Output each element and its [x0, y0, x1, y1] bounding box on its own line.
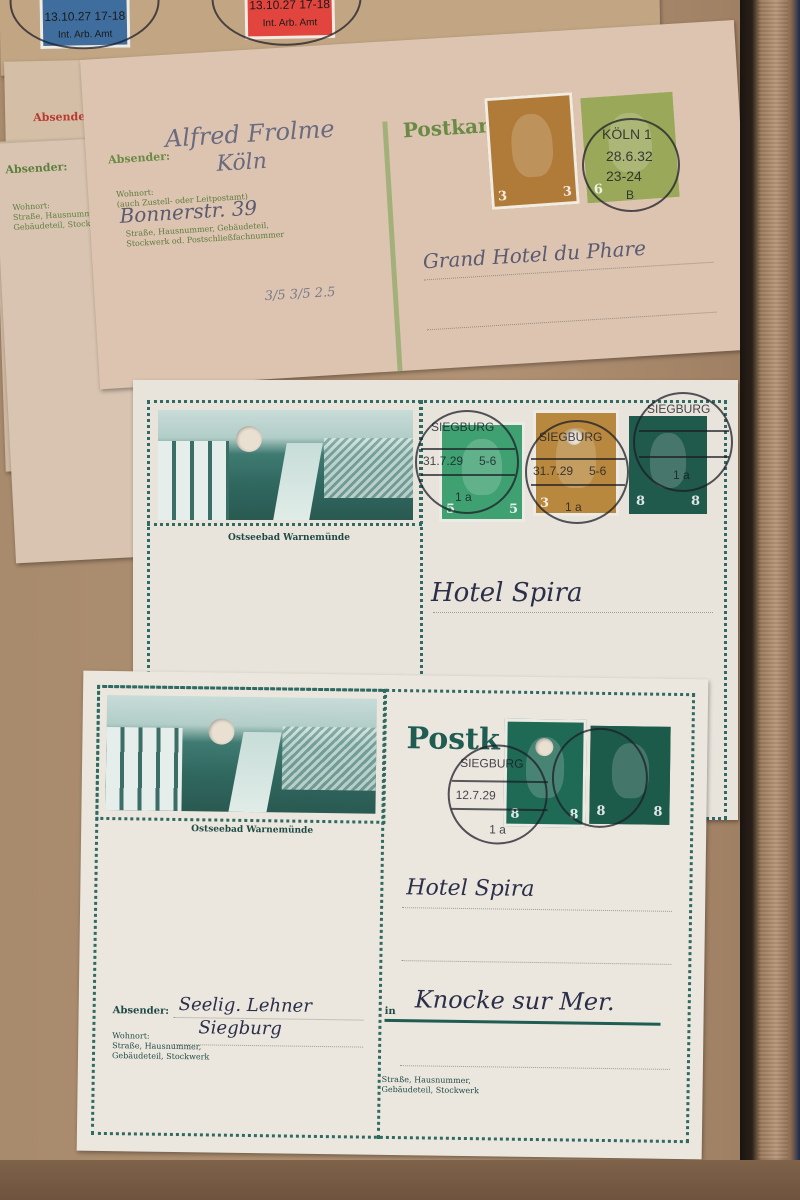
houses	[158, 441, 229, 520]
postmark-date: 28.6.32	[606, 148, 653, 164]
recipient-handwriting: Hotel Spira	[431, 578, 582, 608]
stamp-value: 8	[691, 494, 700, 509]
photo-scene: 13.10.27 17-18 Int. Arb. Amt 13.10.27 17…	[0, 0, 800, 1200]
postmark-siegburg: SIEGBURG 31.7.29 5-6 1 a	[525, 420, 629, 524]
punch-hole	[236, 426, 262, 452]
postmark-bar	[639, 430, 729, 432]
seaside-photo	[105, 695, 377, 814]
stamp-value: 8	[653, 805, 662, 820]
photo-caption: Ostseebad Warnemünde	[228, 533, 350, 543]
postcard-warnemunde-2: Ostseebad Warnemünde Postk 8 8 8 8 SIEGB…	[77, 671, 709, 1160]
stamp-value: 3	[498, 189, 508, 205]
dotted-line	[433, 612, 713, 613]
postmark-city: SIEGBURG	[647, 402, 710, 416]
box-edge	[0, 1160, 800, 1200]
postmark	[9, 0, 161, 51]
punch-hole	[208, 718, 234, 744]
stamp-value: 3	[562, 184, 572, 200]
postmark-bar	[421, 474, 515, 476]
dotted-line	[427, 312, 717, 331]
postmark-bar	[451, 808, 547, 811]
postmark-code: 1 a	[489, 822, 506, 836]
postmark	[211, 0, 363, 47]
sender-handwriting: Seelig. Lehner	[179, 994, 312, 1017]
postmark-code: 1 a	[455, 490, 472, 504]
sender-city: Köln	[216, 149, 268, 177]
sender-label: Absender:	[108, 150, 171, 167]
postmark-time: 23-24	[606, 168, 642, 184]
residence-label: Wohnort:	[112, 1031, 149, 1042]
portrait	[509, 113, 554, 179]
houses	[105, 727, 182, 811]
postmark-bar	[452, 780, 548, 783]
postmark-bar	[531, 484, 625, 486]
postmark-koln: KÖLN 1 28.6.32 23-24 B	[582, 118, 680, 212]
postcard-title: Postkart	[402, 113, 498, 143]
promenade	[274, 443, 323, 520]
postmark-code: 1 a	[565, 500, 582, 514]
postmark-date: 31.7.29	[423, 454, 463, 468]
postmark-siegburg: SIEGBURG 31.7.29 5-6 1 a	[415, 410, 519, 514]
postmark-bar	[531, 458, 625, 460]
stamp-3-pfennig: 3 3	[484, 92, 580, 210]
photo-caption: Ostseebad Warnemünde	[191, 824, 313, 836]
recipient-building-label: Gebäudeteil, Stockwerk	[381, 1085, 478, 1096]
pencil-notes: 3/5 3/5 2.5	[264, 285, 336, 304]
promenade	[228, 731, 281, 812]
sender-label: Absender:	[5, 160, 68, 176]
postmark-code: 1 a	[673, 468, 690, 482]
green-rule	[382, 121, 402, 371]
postmark-date: 31.7.29	[533, 464, 573, 478]
sender-label: Absender:	[113, 1005, 169, 1017]
stamp-value: 8	[636, 494, 645, 509]
postmark-bar	[421, 448, 515, 450]
beach	[324, 438, 413, 499]
postmark-time: 5-6	[479, 454, 496, 468]
building-label: Gebäudeteil, Stockwerk	[112, 1051, 209, 1062]
postmark-bar	[639, 456, 729, 458]
box-wall	[740, 0, 800, 1200]
postmark-city: SIEGBURG	[460, 756, 524, 771]
postmark-siegburg: SIEGBURG 1 a	[633, 392, 733, 492]
postmark-code: B	[626, 188, 634, 202]
residence-handwriting: Siegburg	[198, 1017, 282, 1039]
destination-handwriting: Knocke sur Mer.	[415, 985, 615, 1016]
in-label: in	[385, 1007, 396, 1017]
recipient-handwriting: Hotel Spira	[406, 875, 534, 902]
punch-hole	[535, 738, 553, 756]
postmark-city: SIEGBURG	[431, 420, 494, 434]
postmark-date: 12.7.29	[456, 788, 496, 803]
postmark-city: SIEGBURG	[539, 430, 602, 444]
sender-handwriting: Alfred Frolme	[164, 115, 335, 153]
stamp-value: 5	[509, 502, 518, 517]
postmark-time: 5-6	[589, 464, 606, 478]
beach	[281, 726, 376, 791]
seaside-photo	[158, 410, 413, 520]
postmark-city: KÖLN 1	[602, 126, 652, 142]
